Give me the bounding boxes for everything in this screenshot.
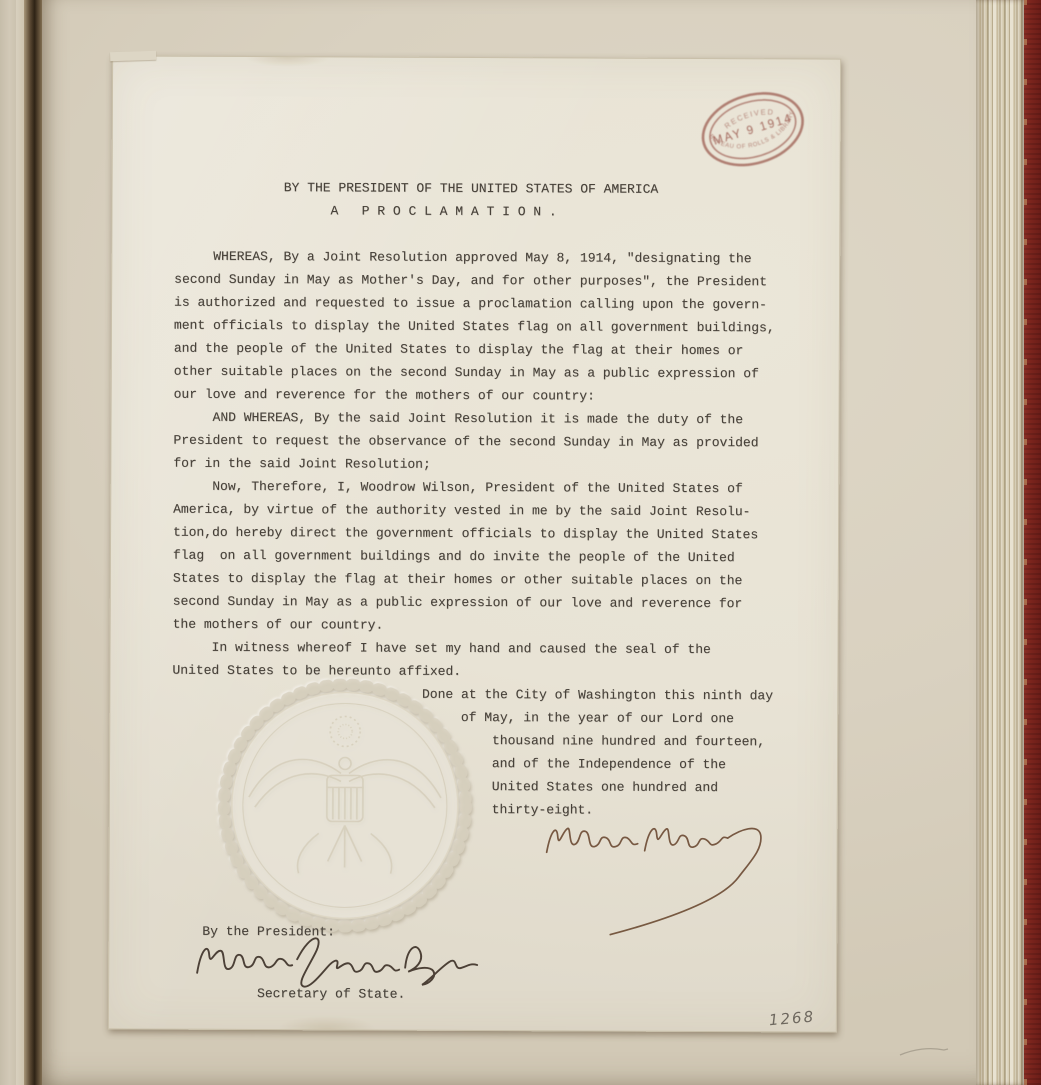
binding-edge-inner [16, 0, 24, 1085]
pencil-mark [898, 1042, 960, 1060]
book-spread-photo: RECEIVED MAY 9 1914 BUREAU OF ROLLS & LI… [0, 0, 1041, 1085]
secretary-title: Secretary of State. [257, 982, 405, 1006]
page-number: 1268 [768, 1008, 816, 1030]
binding-edge [0, 0, 16, 1085]
proclamation-paper: RECEIVED MAY 9 1914 BUREAU OF ROLLS & LI… [108, 55, 841, 1032]
wilson-signature [534, 806, 785, 957]
received-stamp-icon: RECEIVED MAY 9 1914 BUREAU OF ROLLS & LI… [671, 61, 834, 197]
leather-cover [1024, 0, 1041, 1085]
page-stack-right [976, 0, 1026, 1085]
corner-fold [110, 51, 156, 61]
great-seal-embossed-icon [214, 675, 475, 936]
